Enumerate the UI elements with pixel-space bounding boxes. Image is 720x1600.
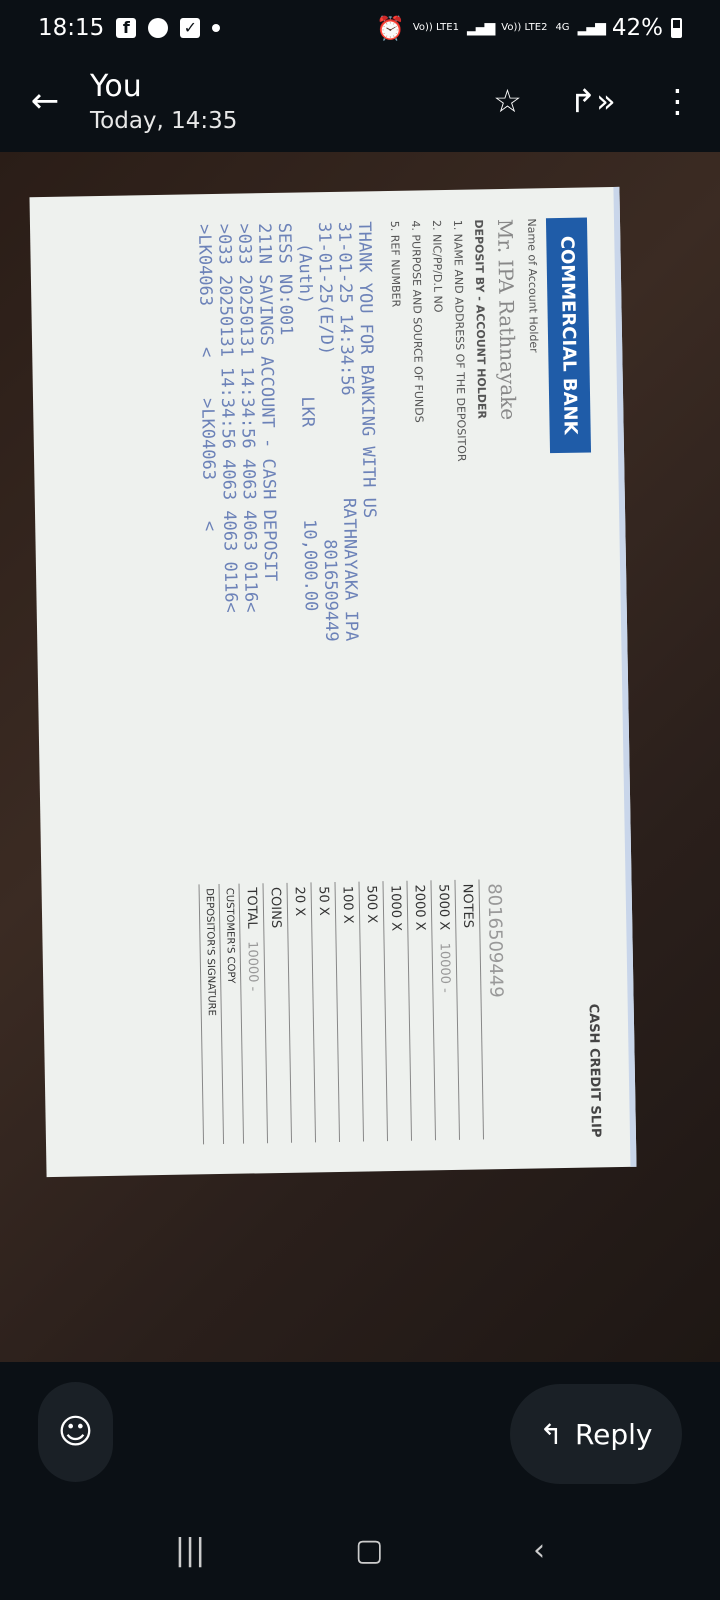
- reply-icon: ↰: [539, 1418, 562, 1451]
- facebook-icon: f: [116, 18, 136, 38]
- bottom-bar: ☺ ↰ Reply ||| ▢ ‹: [0, 1362, 720, 1600]
- star-icon[interactable]: ☆: [465, 82, 550, 120]
- signal-icon: ▂▄▆: [467, 20, 493, 36]
- checkbox-icon: ✓: [180, 18, 200, 38]
- clock: 18:15: [38, 15, 104, 41]
- viewer-header: ← You Today, 14:35 ☆ ↱» ⋮: [0, 56, 720, 146]
- sender-title: You: [90, 69, 465, 104]
- sim1-label: Vo)) LTE1: [413, 23, 459, 33]
- add-reaction-button[interactable]: ☺: [38, 1382, 113, 1482]
- emoji-add-icon: ☺: [58, 1412, 93, 1452]
- reply-button[interactable]: ↰ Reply: [510, 1384, 682, 1484]
- forward-icon[interactable]: ↱»: [550, 82, 635, 120]
- chat-bubble-icon: [148, 18, 168, 38]
- network-label: 4G: [555, 23, 569, 33]
- recents-icon[interactable]: |||: [175, 1533, 205, 1568]
- sent-time: Today, 14:35: [90, 108, 465, 134]
- slip-title: CASH CREDIT SLIP: [586, 1004, 603, 1138]
- bank-logo: COMMERCIAL BANK: [546, 217, 591, 452]
- dot-icon: [212, 24, 220, 32]
- photo-view[interactable]: COMMERCIAL BANK CASH CREDIT SLIP Name of…: [0, 152, 720, 1362]
- battery-icon: [671, 18, 682, 38]
- home-icon[interactable]: ▢: [355, 1533, 383, 1568]
- back-nav-icon[interactable]: ‹: [533, 1533, 545, 1568]
- alarm-icon: ⏰: [376, 15, 405, 42]
- navigation-bar: ||| ▢ ‹: [0, 1500, 720, 1600]
- status-bar: 18:15 f ✓ ⏰ Vo)) LTE1 ▂▄▆ Vo)) LTE2 4G ▂…: [0, 0, 720, 56]
- bank-slip: COMMERCIAL BANK CASH CREDIT SLIP Name of…: [29, 187, 636, 1177]
- back-button[interactable]: ←: [0, 81, 90, 121]
- denomination-table: 8016509449 NOTES 5000 X 10000 - 2000 X 1…: [199, 879, 513, 1144]
- more-icon[interactable]: ⋮: [635, 82, 720, 120]
- sim2-label: Vo)) LTE2: [501, 23, 547, 33]
- signal-icon: ▂▄▆: [578, 20, 604, 36]
- battery-percent: 42%: [612, 15, 663, 41]
- reply-label: Reply: [575, 1418, 653, 1451]
